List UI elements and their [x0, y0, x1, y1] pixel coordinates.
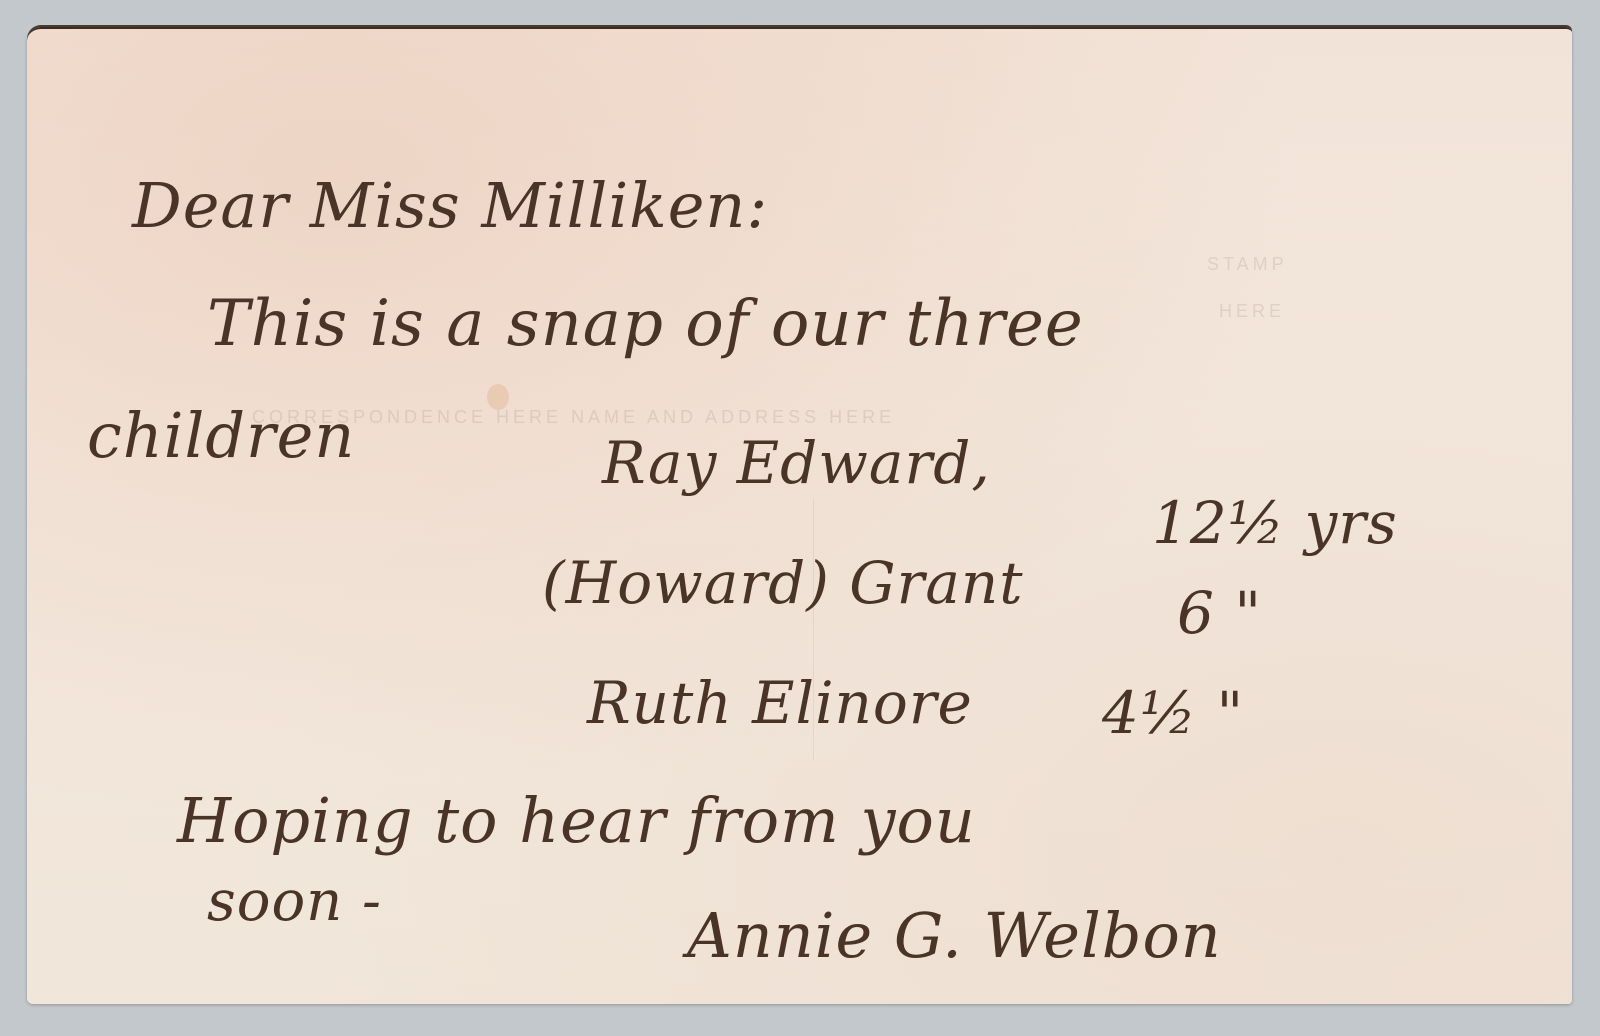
postcard: STAMP HERE CORRESPONDENCE HERE NAME AND … — [27, 27, 1572, 1004]
child-1-name: Ray Edward, — [602, 429, 991, 497]
child-2-name: (Howard) Grant — [542, 549, 1024, 617]
child-3-name: Ruth Elinore — [587, 669, 973, 737]
child-1-age: 12½ yrs — [1152, 489, 1398, 557]
signature: Annie G. Welbon — [687, 899, 1222, 972]
child-3-age: 4½ " — [1102, 679, 1244, 747]
child-2-age: 6 " — [1177, 579, 1262, 647]
message-line-2: children — [87, 399, 355, 472]
stamp-box-text-top: STAMP — [1207, 254, 1288, 275]
foxing-stain — [487, 384, 509, 410]
stamp-box-text-bottom: HERE — [1219, 301, 1285, 322]
message-line-1: This is a snap of our three — [207, 287, 1084, 361]
closing-line-2: soon - — [207, 869, 382, 934]
closing-line-1: Hoping to hear from you — [177, 784, 976, 857]
salutation: Dear Miss Milliken: — [132, 169, 768, 242]
